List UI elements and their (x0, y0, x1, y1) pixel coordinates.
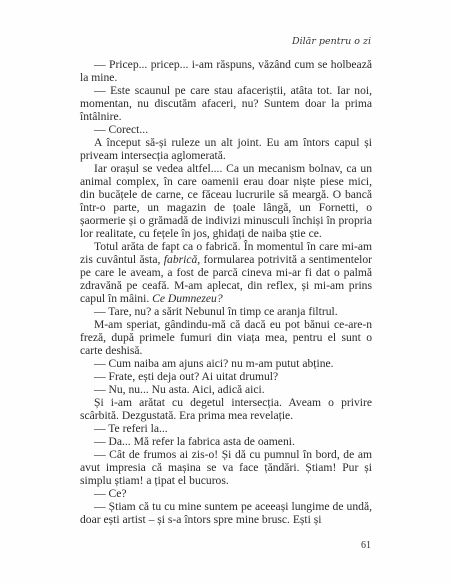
paragraph: — Tare, nu? a sărit Nebunul în timp ce a… (80, 305, 372, 318)
running-head: Dilăr pentru o zi (292, 36, 371, 47)
paragraph: — Pricep... pricep... i-am răspuns, văzâ… (80, 58, 372, 84)
paragraph: M-am speriat, gândindu-mă că dacă eu pot… (80, 318, 372, 357)
emphasis-fabrica: fabrică (164, 253, 198, 266)
paragraph: — Cum naiba am ajuns aici? nu m-am putut… (80, 357, 372, 370)
paragraph: — Da... Mă refer la fabrica asta de oame… (80, 435, 372, 448)
emphasis-ce-dumnezeu: Ce Dumnezeu? (152, 292, 223, 305)
paragraph: — Nu, nu... Nu asta. Aici, adică aici. (80, 383, 372, 396)
paragraph: — Cât de frumos ai zis-o! Și dă cu pumnu… (80, 448, 372, 487)
paragraph: Și i-am arătat cu degetul intersecția. A… (80, 396, 372, 422)
paragraph: — Te referi la... (80, 422, 372, 435)
page-number: 61 (361, 540, 371, 551)
book-page: Dilăr pentru o zi — Pricep... pricep... … (0, 0, 452, 584)
paragraph: — Este scaunul pe care stau afaceriștii,… (80, 84, 372, 123)
paragraph: Iar orașul se vedea altfel.... Ca un mec… (80, 162, 372, 240)
paragraph: Totul arăta de fapt ca o fabrică. În mom… (80, 240, 372, 305)
paragraph: — Ce? (80, 487, 372, 500)
paragraph: — Știam că tu cu mine suntem pe aceeași … (80, 500, 372, 526)
paragraph: — Corect... (80, 123, 372, 136)
paragraph: — Frate, ești deja out? Ai uitat drumul? (80, 370, 372, 383)
body-text: — Pricep... pricep... i-am răspuns, văzâ… (80, 58, 372, 526)
paragraph: A început să-și ruleze un alt joint. Eu … (80, 136, 372, 162)
